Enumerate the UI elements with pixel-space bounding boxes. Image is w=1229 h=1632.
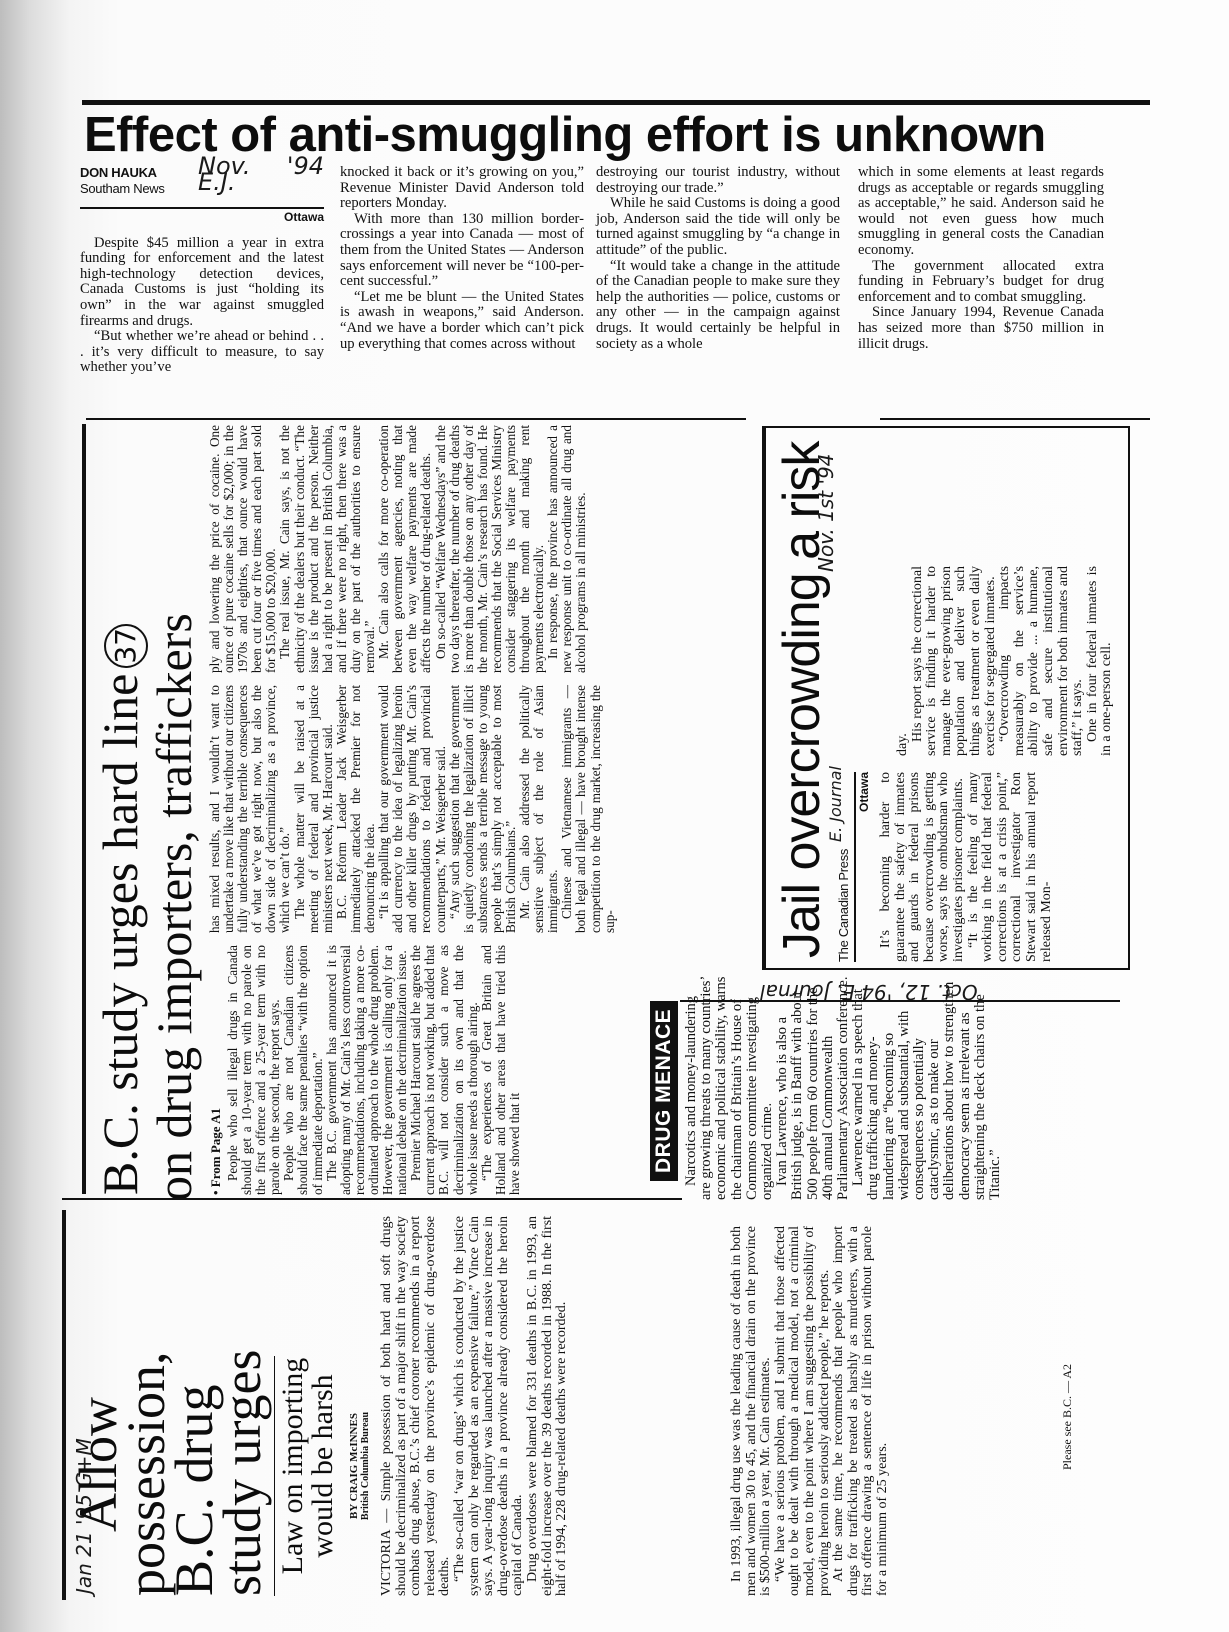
paragraph: One in four federal inmates is in a one-… (1086, 566, 1115, 756)
article-anti-smuggling: Effect of anti-smuggling effort is unkno… (78, 93, 1152, 411)
byline-name: BY CRAIG McINNES (348, 1336, 360, 1596)
paragraph: B.C. Reform Leader Jack Weisgerber immed… (335, 685, 377, 933)
handwritten-date-note: Nov. '94 E.J. (198, 159, 324, 190)
byline-org: British Columbia Bureau (360, 1336, 372, 1596)
allow-body-column-2: In 1993, illegal drug use was the leadin… (730, 1206, 1090, 1596)
dateline: Ottawa (80, 210, 324, 226)
paragraph: While he said Customs is doing a good jo… (596, 196, 840, 258)
paragraph: People who are not Canadian citizens sho… (282, 945, 324, 1195)
subheadline-line: Law on importing (278, 1336, 308, 1596)
jump-see-label: Please see B.C. — A2 (1060, 1364, 1075, 1470)
paragraph: day. (896, 566, 911, 756)
paragraph: Ivan Lawrence, who is also a British jud… (775, 976, 851, 1200)
article-column-2: knocked it back or it’s growing on you,”… (340, 165, 584, 352)
headline-bc-study-line-2: on drug importers, traffickers (146, 411, 202, 1201)
jail-text-col-2: day. His report says the correctional se… (896, 566, 1115, 756)
handwritten-date-note: Nov. 1st '94 (814, 454, 838, 572)
allow-body-column-1: VICTORIA — Simple possession of both har… (380, 1206, 760, 1596)
paragraph: “It is the feeling of many working in th… (967, 772, 1055, 962)
paragraph: VICTORIA — Simple possession of both har… (380, 1216, 453, 1596)
headline-line-1: B.C. study urges hard line (92, 674, 148, 1195)
paragraph: His report says the correctional service… (911, 566, 999, 756)
handwritten-source-note: E. Journal (826, 766, 845, 842)
paragraph: In 1993, illegal drug use was the leadin… (730, 1226, 774, 1596)
article-border-left (82, 424, 86, 1194)
paragraph: The real issue, Mr. Cain says, is not th… (278, 425, 377, 673)
paragraph: “Overcrowding impacts measurably on the … (998, 566, 1086, 756)
paragraph: knocked it back or it’s growing on you,”… (340, 165, 584, 212)
paragraph: “Let me be blunt — the United States is … (340, 290, 584, 352)
paragraph: “But whether we’re ahead or behind . . .… (80, 329, 324, 376)
headline-rule (274, 1356, 275, 1596)
paragraph: “We have a serious problem, and I submit… (774, 1226, 832, 1596)
byline-rule (854, 772, 856, 962)
allow-text-col-1: VICTORIA — Simple possession of both har… (380, 1216, 570, 1596)
subheadline: Law on importing would be harsh (278, 1336, 338, 1596)
paragraph: People who sell illegal drugs in Canada … (226, 945, 282, 1195)
circled-number-annotation: 37 (104, 624, 148, 668)
headline-line: possession, (122, 1349, 170, 1596)
paragraph: With more than 130 million border-crossi… (340, 212, 584, 290)
headline-line: B.C. drug (170, 1349, 218, 1596)
paragraph: “It would take a change in the attitude … (596, 259, 840, 353)
article-jail-overcrowding: Jail overcrowding a risk Nov. 1st '94 Th… (772, 432, 1120, 962)
byline-rule (80, 207, 324, 209)
paragraph: Lawrence warned in a speech that drug tr… (851, 976, 1003, 1200)
jail-column-1: The Canadian Press E. Journal Ottawa It’… (836, 772, 1054, 962)
headline-bc-study: B.C. study urges hard line37 (92, 423, 148, 1195)
paragraph: Despite $45 million a year in extra fund… (80, 236, 324, 330)
byline: BY CRAIG McINNES British Columbia Bureau (348, 1336, 372, 1596)
subheadline-line: would be harsh (308, 1336, 338, 1596)
jump-from-label: • From Page A1 (208, 1108, 224, 1195)
top-rule (82, 100, 1150, 105)
paragraph: At the same time, he recommends that peo… (832, 1226, 890, 1596)
allow-text-col-2: In 1993, illegal drug use was the leadin… (730, 1226, 891, 1596)
paragraph: Since January 1994, Revenue Canada has s… (858, 305, 1104, 352)
article-columns: DON HAUKA Southam News Nov. '94 E.J. Ott… (78, 165, 1152, 411)
paragraph: The government allocated extra funding i… (858, 259, 1104, 306)
paragraph: Drug overdoses were blamed for 331 death… (526, 1216, 570, 1596)
jail-text-col-1: It’s becoming harder to guarantee the sa… (879, 772, 1054, 962)
paragraph: “The so-called ‘war on drugs’ which is c… (453, 1216, 526, 1596)
paragraph: The whole matter will be raised at a mee… (293, 685, 335, 933)
article-column-4: which in some elements at least regards … (858, 165, 1104, 352)
paragraph: It’s becoming harder to guarantee the sa… (879, 772, 967, 962)
article-column-3: destroying our tourist industry, without… (596, 165, 840, 352)
dateline: Ottawa (857, 772, 871, 962)
article-column-1: DON HAUKA Southam News Nov. '94 E.J. Ott… (80, 165, 324, 376)
paragraph: destroying our tourist industry, without… (596, 165, 840, 196)
headline-line: study urges (218, 1349, 266, 1596)
paragraph: which in some elements at least regards … (858, 165, 1104, 259)
section-rule (880, 418, 1150, 420)
article-border-left (62, 1210, 66, 1600)
paragraph: has mixed results, and I wouldn’t want t… (208, 685, 293, 933)
paragraph: ply and lowering the price of cocaine. O… (208, 425, 278, 673)
headline-allow-possession-rest: possession, B.C. drug study urges (122, 1349, 266, 1596)
